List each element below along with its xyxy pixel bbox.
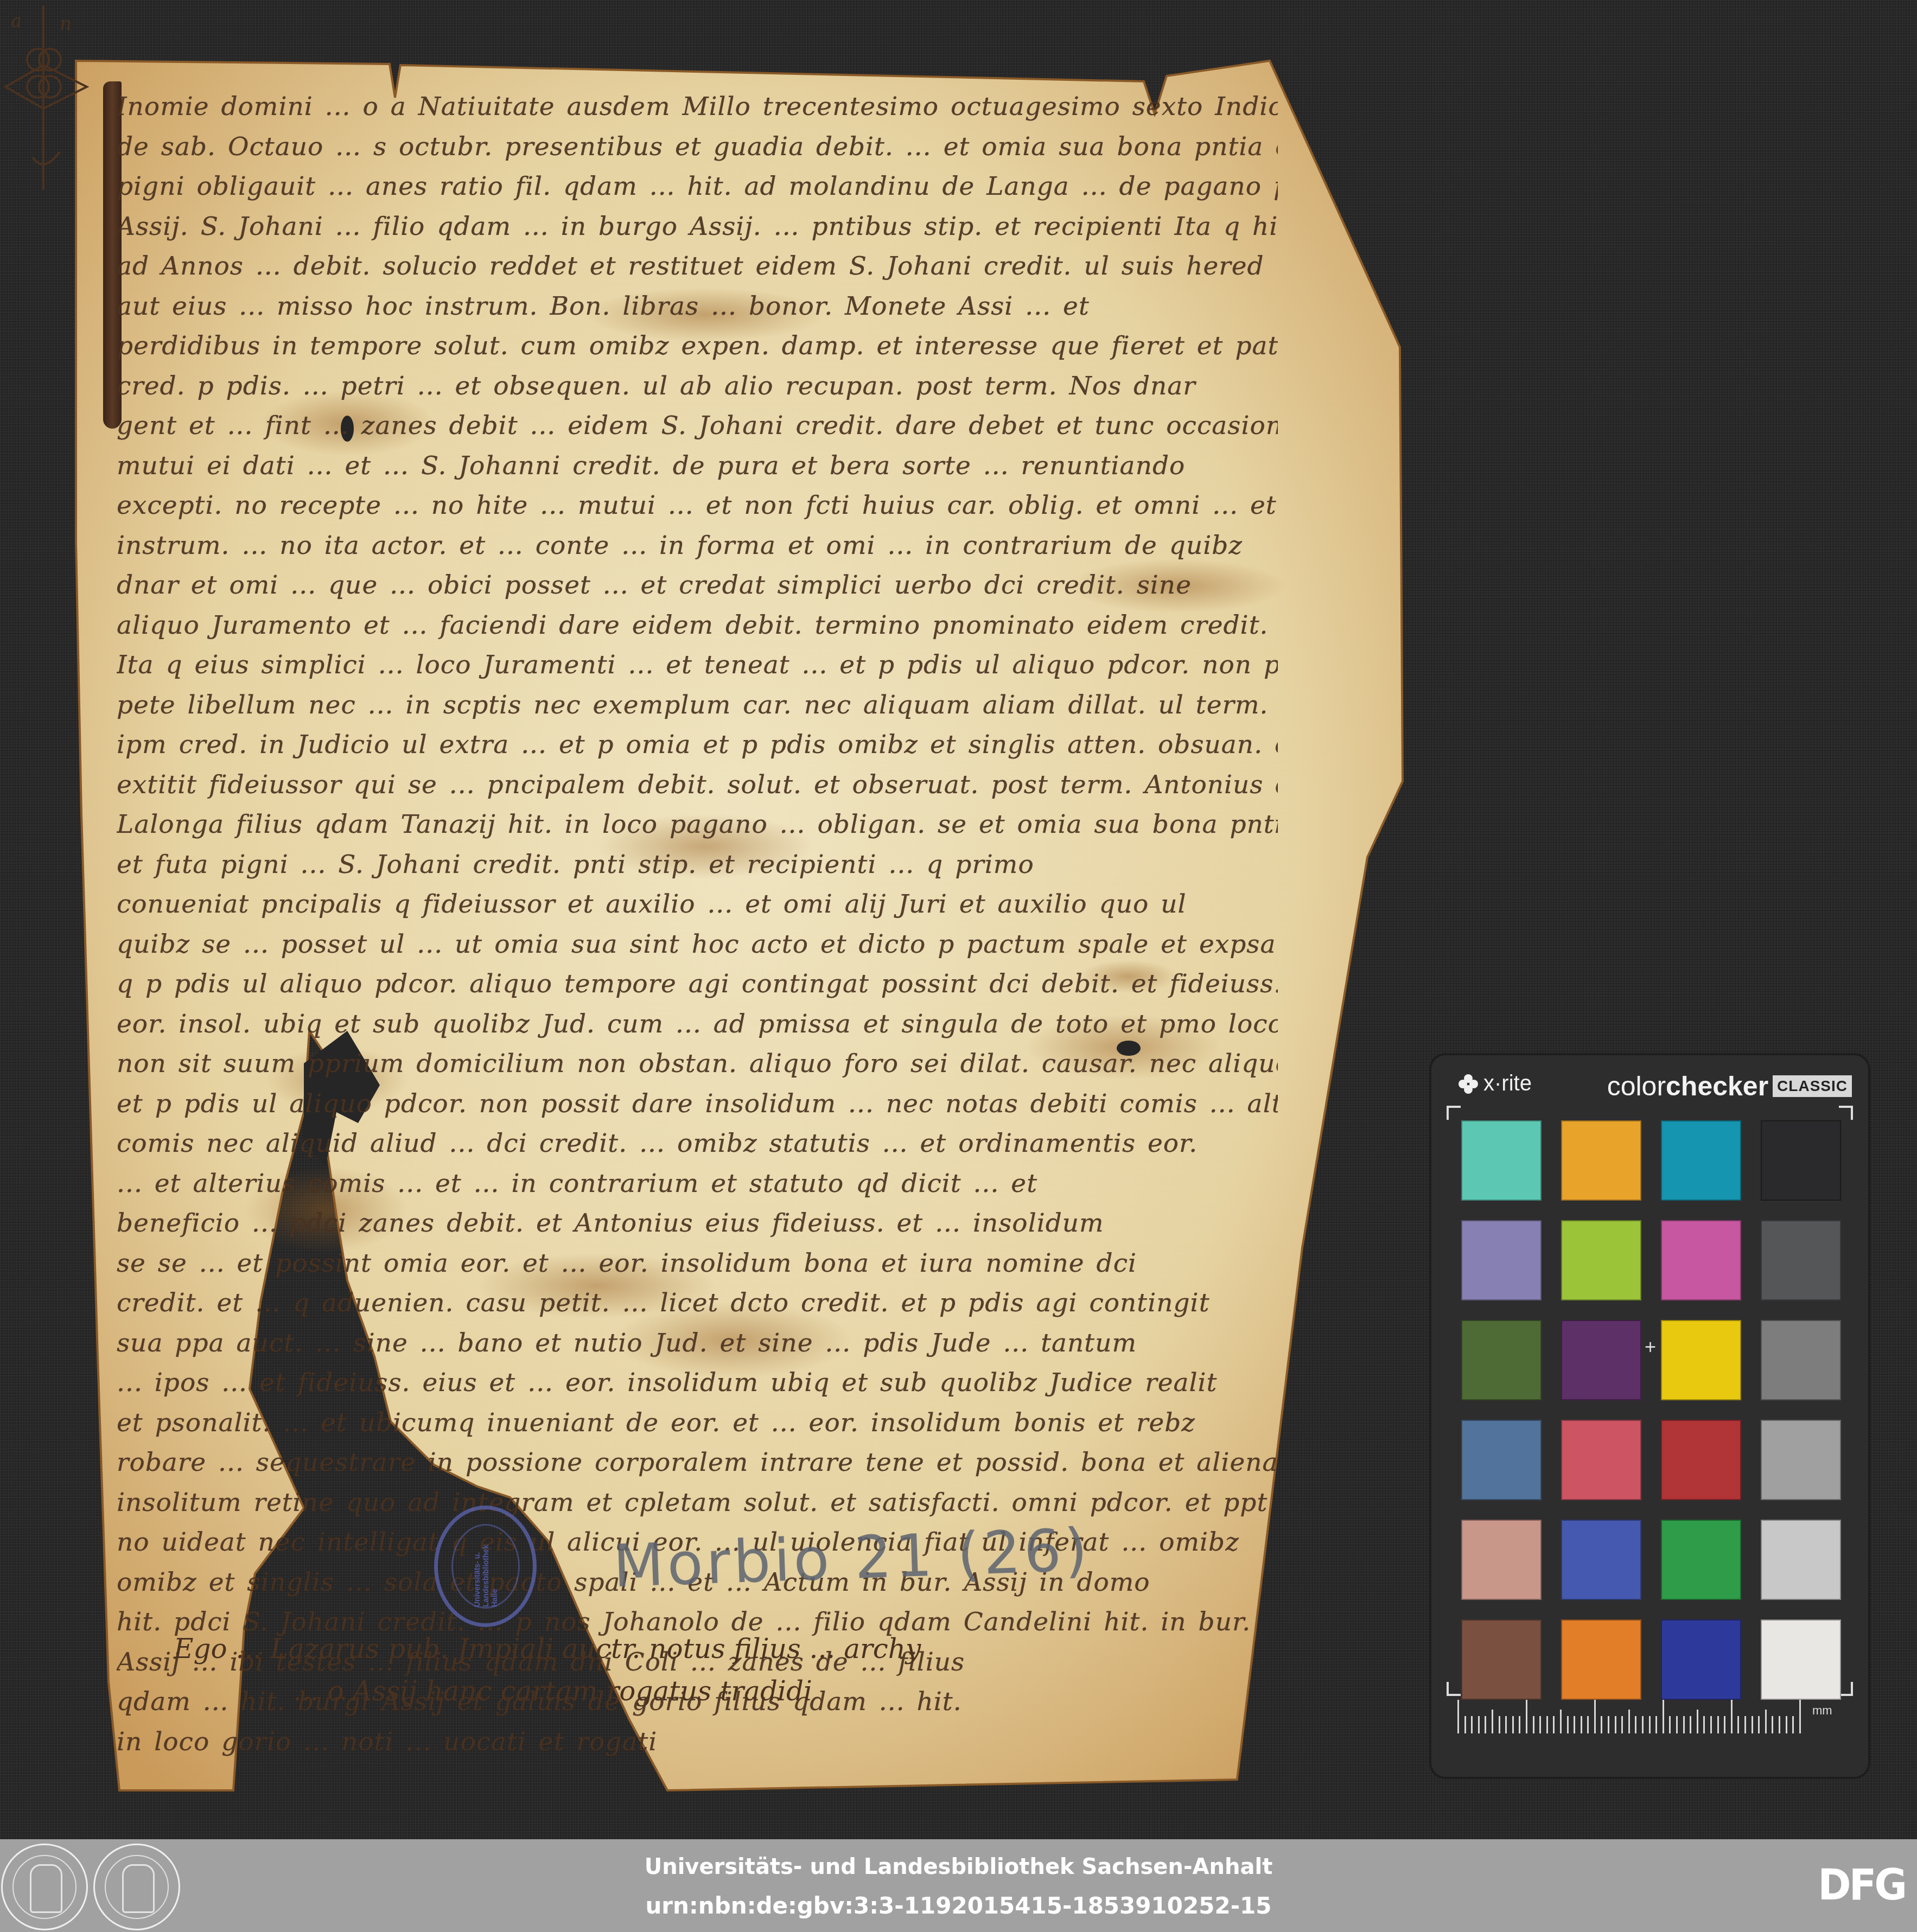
xrite-brand: x·rite: [1459, 1072, 1532, 1096]
manuscript-line: cred. p pdis. ... petri ... et obsequen.…: [117, 366, 1278, 406]
ruler-tick: [1655, 1716, 1657, 1733]
ruler-tick: [1574, 1716, 1575, 1733]
manuscript-line: et futa pigni ... S. Johani credit. pnti…: [117, 845, 1278, 885]
ruler-tick: [1464, 1716, 1466, 1733]
colorchecker-title: color checker CLASSIC: [1607, 1070, 1852, 1102]
manuscript-line: Lalonga filius qdam Tanazij hit. in loco…: [117, 805, 1278, 845]
registration-corner: [1447, 1106, 1461, 1120]
manuscript-line: aliquo Juramento et ... faciendi dare ei…: [117, 605, 1278, 646]
ruler-tick: [1683, 1716, 1685, 1733]
manuscript-line: aut eius ... misso hoc instrum. Bon. lib…: [117, 286, 1278, 327]
ruler-tick: [1608, 1716, 1609, 1733]
manuscript-line: beneficio ... pdci zanes debit. et Anton…: [117, 1203, 1278, 1244]
ruler-tick: [1505, 1716, 1507, 1733]
manuscript-line: se se ... et possint omia eor. et ... eo…: [117, 1244, 1278, 1284]
ruler-tick: [1697, 1710, 1698, 1733]
ruler-tick: [1587, 1716, 1589, 1733]
signum-letter-n: n: [60, 13, 72, 35]
ruler-tick: [1539, 1716, 1541, 1733]
color-swatch: [1561, 1220, 1641, 1300]
manuscript-line: pete libellum nec ... in scptis nec exem…: [117, 685, 1278, 725]
ruler-tick: [1560, 1710, 1562, 1733]
color-checker-card: x·rite color checker CLASSIC + mm: [1431, 1055, 1868, 1777]
xrite-logo-icon: [1459, 1074, 1478, 1094]
color-swatch: [1461, 1420, 1542, 1500]
ruler-tick: [1642, 1716, 1644, 1733]
ruler-tick: [1594, 1700, 1596, 1733]
manuscript-line: mutui ei dati ... et ... S. Johanni cred…: [117, 446, 1278, 486]
ruler-tick: [1601, 1716, 1602, 1733]
manuscript-line: sua ppa auct. ... sine ... bano et nutio…: [117, 1323, 1278, 1363]
ruler-tick: [1744, 1716, 1746, 1733]
manuscript-line: Ita q eius simplici ... loco Juramenti .…: [117, 645, 1278, 685]
color-swatch: [1761, 1120, 1841, 1201]
ruler-tick: [1457, 1700, 1459, 1733]
manuscript-line: robare ... sequestrare in possione corpo…: [117, 1443, 1278, 1483]
manuscript-text-body: Inomie domini ... o a Natiuitate ausdem …: [117, 87, 1278, 1762]
registration-corner: [1447, 1682, 1461, 1696]
manuscript-line: de sab. Octauo ... s octubr. presentibus…: [117, 127, 1278, 167]
manuscript-line: Inomie domini ... o a Natiuitate ausdem …: [117, 87, 1278, 127]
notary-signum-icon: a n: [0, 0, 109, 195]
manuscript-line: insolitum retine quo ad integram et cple…: [117, 1483, 1278, 1523]
mm-ruler: [1457, 1695, 1810, 1733]
ruler-tick: [1779, 1716, 1780, 1733]
color-swatch: [1461, 1320, 1542, 1400]
color-swatch: [1561, 1120, 1641, 1201]
urn-identifier[interactable]: urn:nbn:de:gbv:3:3-1192015415-1853910252…: [0, 1892, 1917, 1919]
color-swatch: [1761, 1420, 1841, 1500]
color-swatch: [1461, 1619, 1542, 1700]
manuscript-line: ad Annos ... debit. solucio reddet et re…: [117, 246, 1278, 286]
ruler-tick: [1512, 1716, 1514, 1733]
color-swatch: [1761, 1619, 1841, 1700]
ruler-tick: [1717, 1716, 1719, 1733]
color-swatch-grid: [1461, 1120, 1841, 1679]
ruler-tick: [1628, 1710, 1630, 1733]
color-swatch: [1461, 1220, 1542, 1300]
ruler-tick: [1724, 1716, 1725, 1733]
ruler-tick: [1533, 1716, 1534, 1733]
manuscript-line: in loco gorio ... noti ... uocati et rog…: [117, 1722, 1278, 1762]
institution-footer: Universitäts- und Landesbibliothek Sachs…: [0, 1839, 1917, 1932]
manuscript-line: pigni obligauit ... anes ratio fil. qdam…: [117, 167, 1278, 207]
ruler-tick: [1546, 1716, 1548, 1733]
ruler-tick: [1752, 1716, 1753, 1733]
ruler-tick: [1703, 1716, 1705, 1733]
color-swatch: [1461, 1520, 1542, 1600]
manuscript-line: non sit suum pprium domicilium non obsta…: [117, 1044, 1278, 1084]
ruler-tick: [1772, 1716, 1773, 1733]
manuscript-line: extitit fideiussor qui se ... pncipalem …: [117, 765, 1278, 805]
color-swatch: [1661, 1320, 1741, 1400]
classic-badge: CLASSIC: [1773, 1075, 1852, 1097]
parchment-charter: Inomie domini ... o a Natiuitate ausdem …: [0, 0, 1422, 1807]
ruler-tick: [1690, 1716, 1691, 1733]
manuscript-line: eor. insol. ubiq et sub quolibz Jud. cum…: [117, 1004, 1278, 1044]
manuscript-line: Assij. S. Johani ... filio qdam ... in b…: [117, 207, 1278, 247]
manuscript-line: ... ipos ... et fideiuss. eius et ... eo…: [117, 1363, 1278, 1403]
signum-letter-a: a: [11, 10, 22, 32]
color-swatch: [1761, 1520, 1841, 1600]
ruler-tick: [1676, 1716, 1678, 1733]
ruler-tick: [1553, 1716, 1555, 1733]
manuscript-line: credit. et ... q aduenien. casu petit. .…: [117, 1283, 1278, 1323]
manuscript-line: ipm cred. in Judicio ul extra ... et p o…: [117, 725, 1278, 765]
color-swatch: [1561, 1619, 1641, 1700]
color-swatch: [1661, 1420, 1741, 1500]
manuscript-line: excepti. no recepte ... no hite ... mutu…: [117, 486, 1278, 526]
ruler-tick: [1799, 1700, 1801, 1733]
color-swatch: [1761, 1220, 1841, 1300]
ruler-tick: [1663, 1700, 1664, 1733]
manuscript-line: et p pdis ul aliquo pdcor. non possit da…: [117, 1084, 1278, 1124]
manuscript-line: dnar et omi ... que ... obici posset ...…: [117, 565, 1278, 605]
stamp-text: Universitäts- u. Landesbibliothek Halle: [451, 1524, 520, 1609]
manuscript-line: perdidibus in tempore solut. cum omibz e…: [117, 326, 1278, 366]
ruler-tick: [1499, 1716, 1500, 1733]
color-swatch: [1461, 1120, 1542, 1201]
ruler-tick: [1758, 1716, 1760, 1733]
title-light: color: [1607, 1070, 1666, 1102]
color-swatch: [1561, 1320, 1641, 1400]
ruler-tick: [1786, 1716, 1787, 1733]
manuscript-line: et psonalit. ... et ubicumq inueniant de…: [117, 1403, 1278, 1443]
color-swatch: [1661, 1520, 1741, 1600]
manuscript-line: q p pdis ul aliquo pdcor. aliquo tempore…: [117, 964, 1278, 1004]
manuscript-line: quibz se ... posset ul ... ut omia sua s…: [117, 924, 1278, 965]
ruler-unit-label: mm: [1812, 1704, 1832, 1718]
color-swatch: [1561, 1420, 1641, 1500]
ruler-tick: [1478, 1716, 1480, 1733]
crosshair-icon: +: [1645, 1337, 1656, 1357]
notarial-subscription: Ego ... Lazarus pub. Jmpiali auctr. notu…: [174, 1628, 988, 1712]
ruler-tick: [1710, 1716, 1712, 1733]
manuscript-line: instrum. ... no ita actor. et ... conte …: [117, 526, 1278, 566]
color-swatch: [1661, 1120, 1741, 1201]
ruler-tick: [1492, 1710, 1493, 1733]
manuscript-line: conueniat pncipalis q fideiussor et auxi…: [117, 884, 1278, 924]
ruler-tick: [1519, 1716, 1520, 1733]
manuscript-line: ... et alterius comis ... et ... in cont…: [117, 1164, 1278, 1204]
ruler-tick: [1669, 1716, 1671, 1733]
ruler-tick: [1567, 1716, 1569, 1733]
color-swatch: [1661, 1619, 1741, 1700]
ruler-tick: [1526, 1700, 1527, 1733]
subscription-line: Ego ... Lazarus pub. Jmpiali auctr. notu…: [174, 1628, 988, 1670]
ruler-tick: [1615, 1716, 1616, 1733]
manuscript-line: comis nec aliquid aliud ... dci credit. …: [117, 1124, 1278, 1164]
manuscript-line: gent et ... fint ... zanes debit ... eid…: [117, 406, 1278, 446]
ruler-tick: [1737, 1716, 1739, 1733]
ruler-tick: [1765, 1710, 1767, 1733]
color-swatch: [1561, 1520, 1641, 1600]
ruler-tick: [1649, 1716, 1651, 1733]
ruler-tick: [1621, 1716, 1623, 1733]
title-bold: checker: [1666, 1070, 1768, 1102]
subscription-line: ... o Assij hanc cartam rogatus tradidi: [174, 1670, 988, 1712]
ruler-tick: [1471, 1716, 1473, 1733]
color-swatch: [1661, 1220, 1741, 1300]
ruler-tick: [1731, 1700, 1733, 1733]
library-ownership-stamp: Universitäts- u. Landesbibliothek Halle: [434, 1506, 537, 1627]
ruler-tick: [1635, 1716, 1636, 1733]
dfg-logo: DFG: [1818, 1861, 1905, 1910]
ruler-tick: [1792, 1716, 1794, 1733]
color-swatch: [1761, 1320, 1841, 1400]
ruler-tick: [1485, 1716, 1486, 1733]
ruler-tick: [1581, 1716, 1582, 1733]
institution-name: Universitäts- und Landesbibliothek Sachs…: [0, 1854, 1917, 1879]
registration-corner: [1839, 1106, 1853, 1120]
xrite-brand-text: x·rite: [1483, 1072, 1532, 1096]
